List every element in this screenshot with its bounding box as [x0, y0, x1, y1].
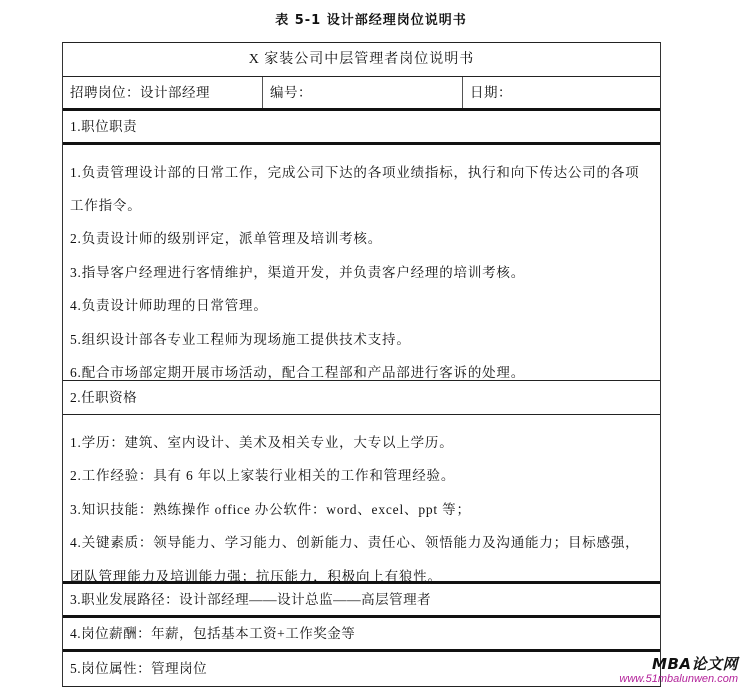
duty-line: 4.负责设计师助理的日常管理。	[70, 288, 653, 322]
number-cell: 编号：	[263, 77, 463, 108]
attribute-row: 5.岗位属性：管理岗位	[63, 652, 660, 686]
qualification-line: 2.工作经验：具有 6 年以上家装行业相关的工作和管理经验。	[70, 458, 653, 492]
qualification-line: 1.学历：建筑、室内设计、美术及相关专业，大专以上学历。	[70, 424, 653, 458]
section-heading-duties: 1.职位职责	[63, 111, 660, 145]
watermark: MBA论文网 www.51mbalunwen.com	[619, 657, 738, 685]
section-heading-qualifications: 2.任职资格	[63, 381, 660, 415]
duty-line: 3.指导客户经理进行客情维护，渠道开发，并负责客户经理的培训考核。	[70, 254, 653, 288]
qualification-line: 3.知识技能：熟练操作 office 办公软件：word、excel、ppt 等…	[70, 491, 653, 525]
qualifications-block: 1.学历：建筑、室内设计、美术及相关专业，大专以上学历。 2.工作经验：具有 6…	[63, 415, 660, 584]
duty-line: 1.负责管理设计部的日常工作，完成公司下达的各项业绩指标，执行和向下传达公司的各…	[70, 154, 653, 188]
table-title: X 家装公司中层管理者岗位说明书	[63, 43, 660, 77]
job-description-table: X 家装公司中层管理者岗位说明书 招聘岗位：设计部经理 编号： 日期： 1.职位…	[62, 42, 661, 687]
watermark-url: www.51mbalunwen.com	[619, 674, 738, 685]
table-caption: 表 5-1 设计部经理岗位说明书	[0, 9, 742, 28]
info-row: 招聘岗位：设计部经理 编号： 日期：	[63, 77, 660, 111]
compensation-row: 4.岗位薪酬：年薪，包括基本工资+工作奖金等	[63, 618, 660, 652]
career-path-row: 3.职业发展路径：设计部经理——设计总监——高层管理者	[63, 584, 660, 618]
duty-line: 工作指令。	[70, 188, 653, 221]
duty-line: 5.组织设计部各专业工程师为现场施工提供技术支持。	[70, 321, 653, 355]
watermark-brand: MBA论文网	[619, 657, 738, 672]
date-cell: 日期：	[463, 77, 660, 108]
qualification-line: 4.关键素质：领导能力、学习能力、创新能力、责任心、领悟能力及沟通能力；目标感强…	[70, 525, 653, 559]
position-cell: 招聘岗位：设计部经理	[63, 77, 263, 108]
duty-line: 2.负责设计师的级别评定，派单管理及培训考核。	[70, 221, 653, 255]
duties-block: 1.负责管理设计部的日常工作，完成公司下达的各项业绩指标，执行和向下传达公司的各…	[63, 145, 660, 381]
